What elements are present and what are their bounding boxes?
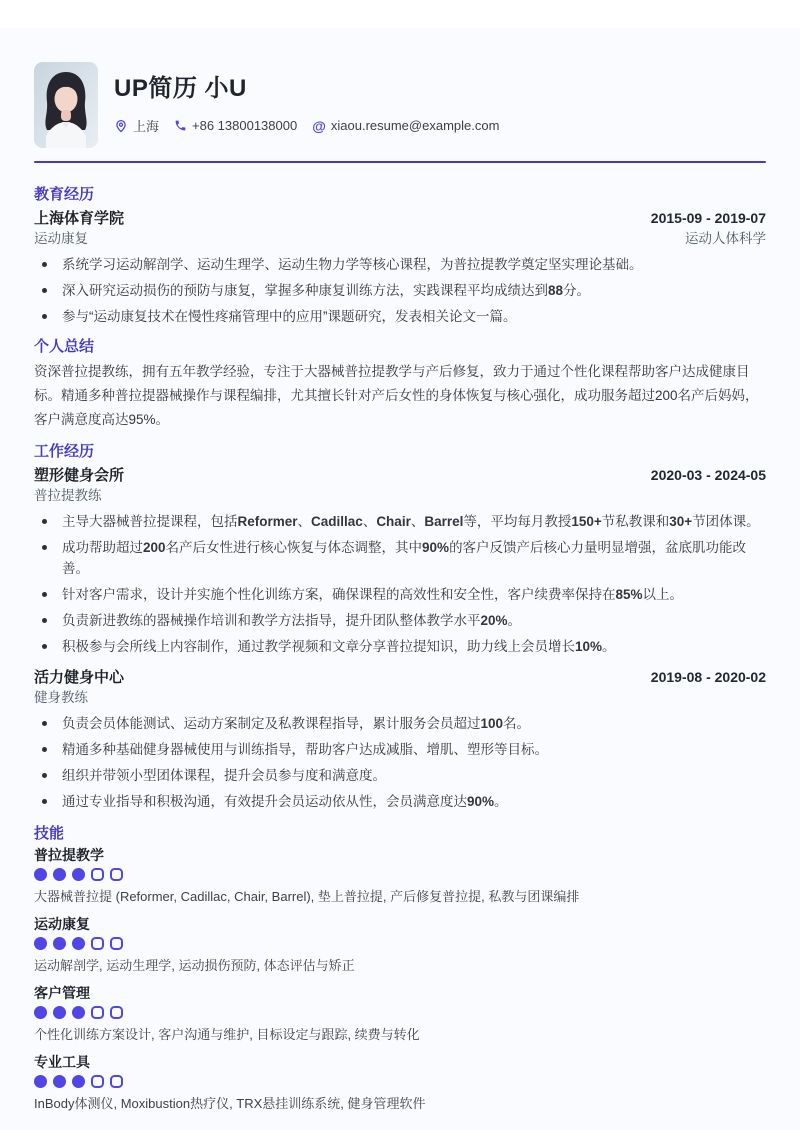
job-dates: 2019-08 - 2020-02 <box>651 667 766 687</box>
resume-page: { "page": { "accent": "#4338ca", "accent… <box>0 0 800 1130</box>
skill-dot <box>72 1006 85 1019</box>
bullet-item: 精通多种基础健身器械使用与训练指导，帮助客户达成减脂、增肌、塑形等目标。 <box>34 739 766 760</box>
skill-dot <box>91 868 104 881</box>
section-title-summary: 个人总结 <box>34 337 766 357</box>
skill-name: 专业工具 <box>34 1053 766 1071</box>
skill-description: 个性化训练方案设计, 客户沟通与维护, 目标设定与跟踪, 续费与转化 <box>34 1026 766 1044</box>
job-entry: 活力健身中心 2019-08 - 2020-02 健身教练 负责会员体能测试、运… <box>34 667 766 812</box>
header-text: UP简历 小U 上海 +86 13800138000 @ <box>114 62 514 148</box>
bullet-item: 主导大器械普拉提课程，包括Reformer、Cadillac、Chair、Bar… <box>34 511 766 532</box>
skill-dot <box>110 1075 123 1088</box>
section-title-work: 工作经历 <box>34 442 766 462</box>
skill-level-dots <box>34 1006 766 1019</box>
school-name: 上海体育学院 <box>34 209 124 229</box>
profile-photo <box>34 62 98 148</box>
skill-dot <box>34 868 47 881</box>
job-role: 普拉提教练 <box>34 487 102 505</box>
skill-level-dots <box>34 937 766 950</box>
email-at-icon: @ <box>312 119 326 133</box>
skill-dot <box>91 1006 104 1019</box>
job-bullets: 主导大器械普拉提课程，包括Reformer、Cadillac、Chair、Bar… <box>34 511 766 657</box>
bullet-item: 参与“运动康复技术在慢性疼痛管理中的应用”课题研究，发表相关论文一篇。 <box>34 306 766 327</box>
location-pin-icon <box>114 119 128 133</box>
skill-level-dots <box>34 868 766 881</box>
skill-dot <box>72 868 85 881</box>
job-entry-sub: 健身教练 <box>34 689 766 707</box>
email-item: @ xiaou.resume@example.com <box>312 118 499 133</box>
skill-description: InBody体测仪, Moxibustion热疗仪, TRX悬挂训练系统, 健身… <box>34 1095 766 1113</box>
email-text: xiaou.resume@example.com <box>331 118 500 133</box>
phone-item: +86 13800138000 <box>174 118 297 133</box>
company-name: 活力健身中心 <box>34 668 124 688</box>
skill-dot <box>34 1075 47 1088</box>
phone-icon <box>174 119 187 132</box>
section-title-skills: 技能 <box>34 824 766 844</box>
skill-name: 普拉提教学 <box>34 846 766 864</box>
company-name: 塑形健身会所 <box>34 466 124 486</box>
skill-dot <box>34 1006 47 1019</box>
education-major: 运动康复 <box>34 230 88 248</box>
job-entry-sub: 普拉提教练 <box>34 487 766 505</box>
profile-photo-illustration <box>34 62 98 148</box>
job-entry-head: 塑形健身会所 2020-03 - 2024-05 <box>34 465 766 486</box>
bullet-item: 组织并带领小型团体课程，提升会员参与度和满意度。 <box>34 765 766 786</box>
skill-dot <box>91 937 104 950</box>
skill-dot <box>53 1075 66 1088</box>
job-role: 健身教练 <box>34 689 88 707</box>
skill-description: 运动解剖学, 运动生理学, 运动损伤预防, 体态评估与矫正 <box>34 957 766 975</box>
skill-dot <box>72 937 85 950</box>
education-dates: 2015-09 - 2019-07 <box>651 208 766 228</box>
bullet-item: 系统学习运动解剖学、运动生理学、运动生物力学等核心课程，为普拉提教学奠定坚实理论… <box>34 254 766 275</box>
education-entry-head: 上海体育学院 2015-09 - 2019-07 <box>34 208 766 229</box>
job-dates: 2020-03 - 2024-05 <box>651 465 766 485</box>
header: UP简历 小U 上海 +86 13800138000 @ <box>34 62 766 148</box>
header-divider <box>34 161 766 163</box>
skill-dot <box>91 1075 104 1088</box>
bullet-item: 积极参与会所线上内容制作，通过教学视频和文章分享普拉提知识，助力线上会员增长10… <box>34 636 766 657</box>
skill-dot <box>110 937 123 950</box>
skill-block: 专业工具 InBody体测仪, Moxibustion热疗仪, TRX悬挂训练系… <box>34 1053 766 1113</box>
bullet-item: 深入研究运动损伤的预防与康复，掌握多种康复训练方法，实践课程平均成绩达到88分。 <box>34 280 766 301</box>
skill-block: 运动康复 运动解剖学, 运动生理学, 运动损伤预防, 体态评估与矫正 <box>34 915 766 975</box>
skill-dot <box>53 868 66 881</box>
bullet-item: 成功帮助超过200名产后女性进行核心恢复与体态调整，其中90%的客户反馈产后核心… <box>34 537 766 579</box>
job-entry-head: 活力健身中心 2019-08 - 2020-02 <box>34 667 766 688</box>
job-bullets: 负责会员体能测试、运动方案制定及私教课程指导，累计服务会员超过100名。 精通多… <box>34 713 766 812</box>
bullet-item: 负责新进教练的器械操作培训和教学方法指导，提升团队整体教学水平20%。 <box>34 610 766 631</box>
bullet-item: 负责会员体能测试、运动方案制定及私教课程指导，累计服务会员超过100名。 <box>34 713 766 734</box>
skill-dot <box>72 1075 85 1088</box>
contact-row: 上海 +86 13800138000 @ xiaou.resume@exampl… <box>114 116 514 135</box>
skill-dot <box>110 1006 123 1019</box>
skill-dot <box>110 868 123 881</box>
candidate-name: UP简历 小U <box>114 74 514 104</box>
skill-block: 普拉提教学 大器械普拉提 (Reformer, Cadillac, Chair,… <box>34 846 766 906</box>
location-item: 上海 <box>114 116 159 135</box>
education-bullets: 系统学习运动解剖学、运动生理学、运动生物力学等核心课程，为普拉提教学奠定坚实理论… <box>34 254 766 327</box>
resume-sheet: UP简历 小U 上海 +86 13800138000 @ <box>0 28 800 1130</box>
skill-dot <box>53 937 66 950</box>
skill-dot <box>34 937 47 950</box>
skill-name: 客户管理 <box>34 984 766 1002</box>
skill-name: 运动康复 <box>34 915 766 933</box>
job-entry: 塑形健身会所 2020-03 - 2024-05 普拉提教练 主导大器械普拉提课… <box>34 465 766 657</box>
skill-description: 大器械普拉提 (Reformer, Cadillac, Chair, Barre… <box>34 888 766 906</box>
bullet-item: 通过专业指导和积极沟通，有效提升会员运动依从性，会员满意度达90%。 <box>34 791 766 812</box>
phone-text: +86 13800138000 <box>192 118 297 133</box>
skill-level-dots <box>34 1075 766 1088</box>
location-text: 上海 <box>133 116 159 135</box>
section-title-education: 教育经历 <box>34 185 766 205</box>
bullet-item: 针对客户需求，设计并实施个性化训练方案，确保课程的高效性和安全性，客户续费率保持… <box>34 584 766 605</box>
summary-text: 资深普拉提教练，拥有五年教学经验，专注于大器械普拉提教学与产后修复，致力于通过个… <box>34 360 766 432</box>
skill-dot <box>53 1006 66 1019</box>
education-field: 运动人体科学 <box>685 230 766 248</box>
education-entry-sub: 运动康复 运动人体科学 <box>34 230 766 248</box>
skill-block: 客户管理 个性化训练方案设计, 客户沟通与维护, 目标设定与跟踪, 续费与转化 <box>34 984 766 1044</box>
